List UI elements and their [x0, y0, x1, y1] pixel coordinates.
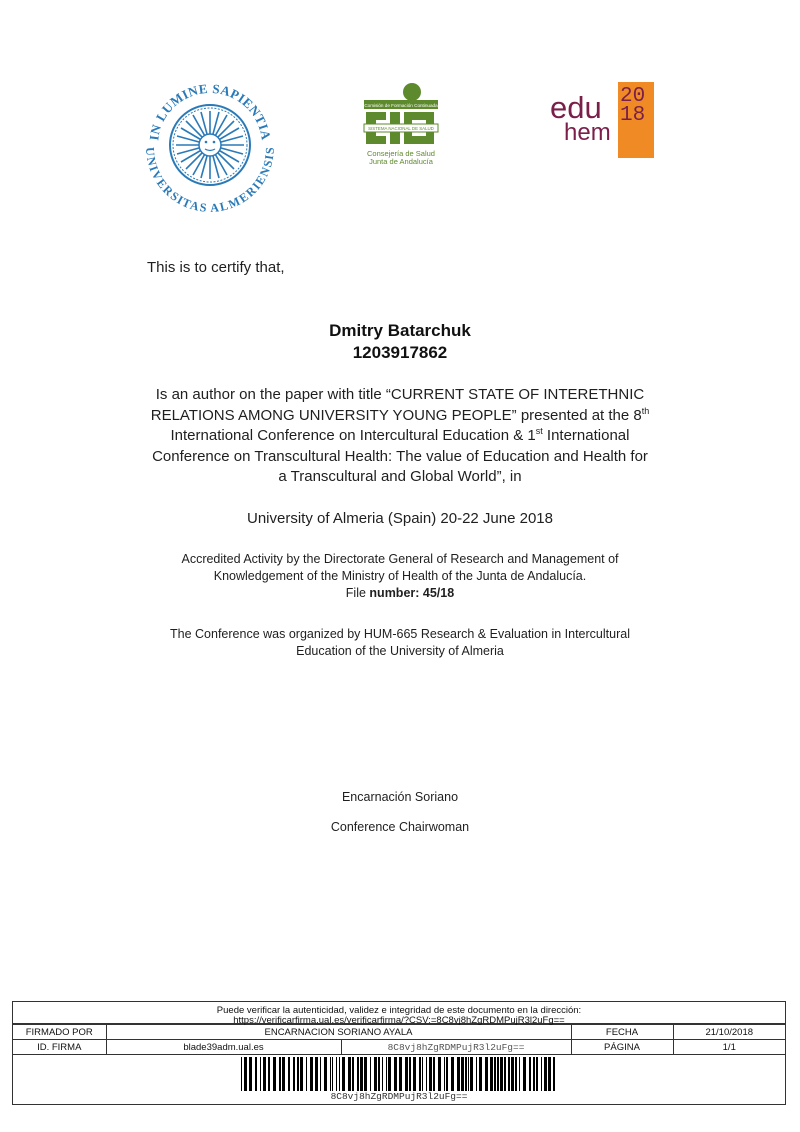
accreditation-block: Accredited Activity by the Directorate G… [100, 551, 700, 602]
ordinal-suffix: th [642, 406, 650, 416]
fecha-value: 21/10/2018 [673, 1025, 785, 1040]
signer-name: Encarnación Soriano [100, 790, 700, 804]
university-seal-logo: IN LUMINE SAPIENTIA UNIVERSITAS ALMERIEN… [143, 78, 277, 212]
organizer-block: The Conference was organized by HUM-665 … [100, 626, 700, 660]
table-row: ID. FIRMA blade39adm.ual.es 8C8vj8hZgRDM… [13, 1040, 785, 1055]
organizer-line-2: Education of the University of Almeria [100, 643, 700, 660]
paper-line-1: Is an author on the paper with title “CU… [100, 385, 700, 406]
csv-code: 8C8vj8hZgRDMPujR3l2uFg== [341, 1040, 571, 1055]
svg-text:SISTEMA NACIONAL DE SALUD: SISTEMA NACIONAL DE SALUD [368, 126, 434, 131]
paper-line-5: a Transcultural and Global World”, in [100, 467, 700, 488]
pagina-label: PÁGINA [571, 1040, 673, 1055]
file-number: File number: 45/18 [100, 585, 700, 602]
signer-role: Conference Chairwoman [100, 820, 700, 834]
paper-line-3-text: International Conference on Intercultura… [171, 427, 536, 444]
svg-text:Junta de Andalucía: Junta de Andalucía [369, 157, 434, 166]
file-number-value: number: 45/18 [369, 586, 454, 600]
cfc-logo: Comisión de Formación Continuada SISTEMA… [360, 82, 442, 174]
paper-line-4: Conference on Transcultural Health: The … [100, 447, 700, 468]
accreditation-line-1: Accredited Activity by the Directorate G… [100, 551, 700, 568]
barcode-text: 8C8vj8hZgRDMPujR3l2uFg== [13, 1091, 785, 1102]
fecha-label: FECHA [571, 1025, 673, 1040]
ordinal-suffix: st [536, 426, 543, 436]
file-label: File [346, 586, 370, 600]
pagina-value: 1/1 [673, 1040, 785, 1055]
organizer-line-1: The Conference was organized by HUM-665 … [100, 626, 700, 643]
venue-date: University of Almeria (Spain) 20-22 June… [100, 510, 700, 527]
firmado-por-label: FIRMADO POR [13, 1025, 106, 1040]
recipient-id: 1203917862 [100, 342, 700, 364]
paper-line-2-text: RELATIONS AMONG UNIVERSITY YOUNG PEOPLE”… [151, 407, 642, 424]
eduhem-2018-logo: edu hem 20 18 [548, 82, 658, 160]
svg-text:hem: hem [564, 119, 611, 146]
certify-intro: This is to certify that, [147, 259, 285, 276]
paper-line-2: RELATIONS AMONG UNIVERSITY YOUNG PEOPLE”… [100, 406, 700, 427]
svg-text:Comisión de Formación Continua: Comisión de Formación Continuada [364, 103, 438, 108]
paper-line-3: International Conference on Intercultura… [100, 426, 700, 447]
barcode-area: 8C8vj8hZgRDMPujR3l2uFg== [13, 1055, 785, 1107]
recipient-block: Dmitry Batarchuk 1203917862 [100, 320, 700, 364]
signature-table: FIRMADO POR ENCARNACION SORIANO AYALA FE… [13, 1024, 785, 1055]
paper-description: Is an author on the paper with title “CU… [100, 385, 700, 488]
verification-note: Puede verificar la autenticidad, validez… [13, 1002, 785, 1024]
signature-verification-box: Puede verificar la autenticidad, validez… [12, 1001, 786, 1105]
barcode-icon [239, 1057, 559, 1091]
svg-text:18: 18 [620, 104, 645, 127]
paper-line-3-tail: International [543, 427, 630, 444]
accreditation-line-2: Knowledgement of the Ministry of Health … [100, 568, 700, 585]
table-row: FIRMADO POR ENCARNACION SORIANO AYALA FE… [13, 1025, 785, 1040]
id-firma-label: ID. FIRMA [13, 1040, 106, 1055]
firmado-por-value: ENCARNACION SORIANO AYALA [106, 1025, 571, 1040]
recipient-name: Dmitry Batarchuk [100, 320, 700, 342]
id-firma-value: blade39adm.ual.es [106, 1040, 341, 1055]
